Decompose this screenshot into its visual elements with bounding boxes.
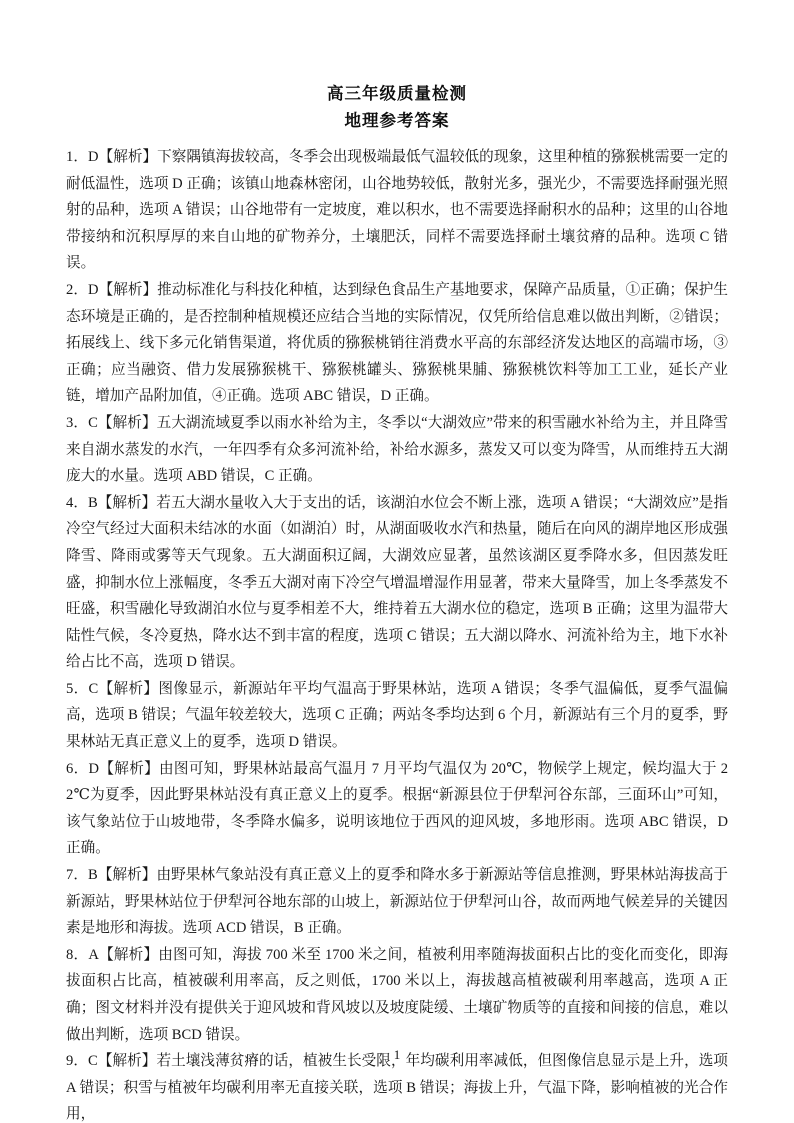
answer-list: 1．D【解析】下察隅镇海拔较高，冬季会出现极端最低气温较低的现象，这里种植的猕猴…: [66, 144, 728, 1123]
answer-item-6: 6．D【解析】由图可知，野果林站最高气温月 7 月平均气温仅为 20℃，物候学上…: [66, 756, 728, 862]
answer-item-2: 2．D【解析】推动标准化与科技化种植，达到绿色食品生产基地要求，保障产品质量，①…: [66, 277, 728, 410]
answer-item-8: 8．A【解析】由图可知，海拔 700 米至 1700 米之间，植被利用率随海拔面…: [66, 942, 728, 1048]
document-title: 高三年级质量检测: [66, 80, 728, 107]
document-page: 高三年级质量检测 地理参考答案 1．D【解析】下察隅镇海拔较高，冬季会出现极端最…: [0, 0, 794, 1123]
answer-item-5: 5．C【解析】图像显示，新源站年平均气温高于野果林站，选项 A 错误；冬季气温偏…: [66, 676, 728, 756]
answer-item-3: 3．C【解析】五大湖流域夏季以雨水补给为主，冬季以“大湖效应”带来的积雪融水补给…: [66, 410, 728, 490]
page-number: 1: [0, 1047, 794, 1063]
document-subtitle: 地理参考答案: [66, 107, 728, 134]
answer-item-1: 1．D【解析】下察隅镇海拔较高，冬季会出现极端最低气温较低的现象，这里种植的猕猴…: [66, 144, 728, 277]
answer-item-7: 7．B【解析】由野果林气象站没有真正意义上的夏季和降水多于新源站等信息推测，野果…: [66, 862, 728, 942]
answer-item-4: 4．B【解析】若五大湖水量收入大于支出的话，该湖泊水位会不断上涨，选项 A 错误…: [66, 490, 728, 676]
